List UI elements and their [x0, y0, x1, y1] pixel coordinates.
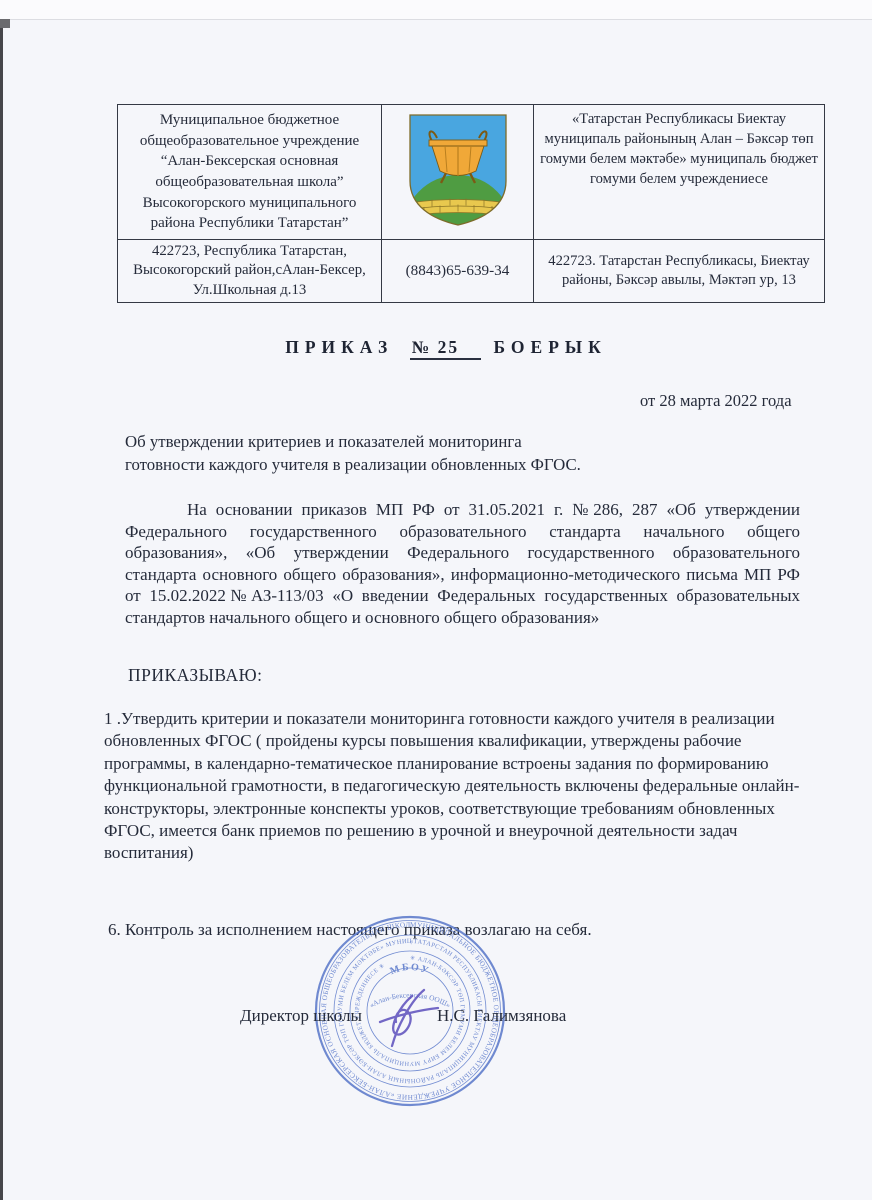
- order-title-word-tat: БОЕРЫК: [493, 337, 606, 357]
- order-title: ПРИКАЗ № 25 БОЕРЫК: [146, 337, 746, 358]
- order-number: № 25: [410, 337, 481, 360]
- coat-of-arms-icon: [388, 110, 527, 229]
- decree-word: ПРИКАЗЫВАЮ:: [128, 665, 262, 686]
- phone-number: (8843)65-639-34: [382, 240, 534, 303]
- scan-top-edge: [0, 0, 872, 20]
- order-subject: Об утверждении критериев и показателей м…: [125, 430, 685, 476]
- letterhead-row-orgs: Муниципальное бюджетное общеобразователь…: [118, 105, 825, 240]
- scan-corner-artifact: [0, 19, 10, 28]
- letterhead-row-contacts: 422723, Республика Татарстан, Высокогорс…: [118, 240, 825, 303]
- signature-role: Директор школы: [240, 1006, 362, 1026]
- org-name-russian: Муниципальное бюджетное общеобразователь…: [118, 105, 382, 240]
- letterhead-table: Муниципальное бюджетное общеобразователь…: [117, 104, 825, 303]
- basis-paragraph: На основании приказов МП РФ от 31.05.202…: [125, 499, 800, 628]
- order-subject-line1: Об утверждении критериев и показателей м…: [125, 430, 685, 453]
- coat-of-arms-svg: [406, 111, 510, 229]
- order-subject-line2: готовности каждого учителя в реализации …: [125, 453, 685, 476]
- org-name-tatar: «Татарстан Республикасы Биектау муниципа…: [534, 105, 825, 240]
- address-tatar: 422723. Татарстан Республикасы, Биектау …: [534, 240, 825, 303]
- scan-left-edge: [0, 19, 3, 1200]
- order-title-word-ru: ПРИКАЗ: [285, 337, 393, 357]
- emblem-cell: [382, 105, 534, 240]
- address-russian: 422723, Республика Татарстан, Высокогорс…: [118, 240, 382, 303]
- scanned-order-page: Муниципальное бюджетное общеобразователь…: [0, 0, 872, 1200]
- signature-name: Н.С. Галимзянова: [437, 1006, 566, 1026]
- order-item-1: 1 .Утвердить критерии и показатели монит…: [104, 708, 812, 865]
- order-date: от 28 марта 2022 года: [640, 391, 792, 411]
